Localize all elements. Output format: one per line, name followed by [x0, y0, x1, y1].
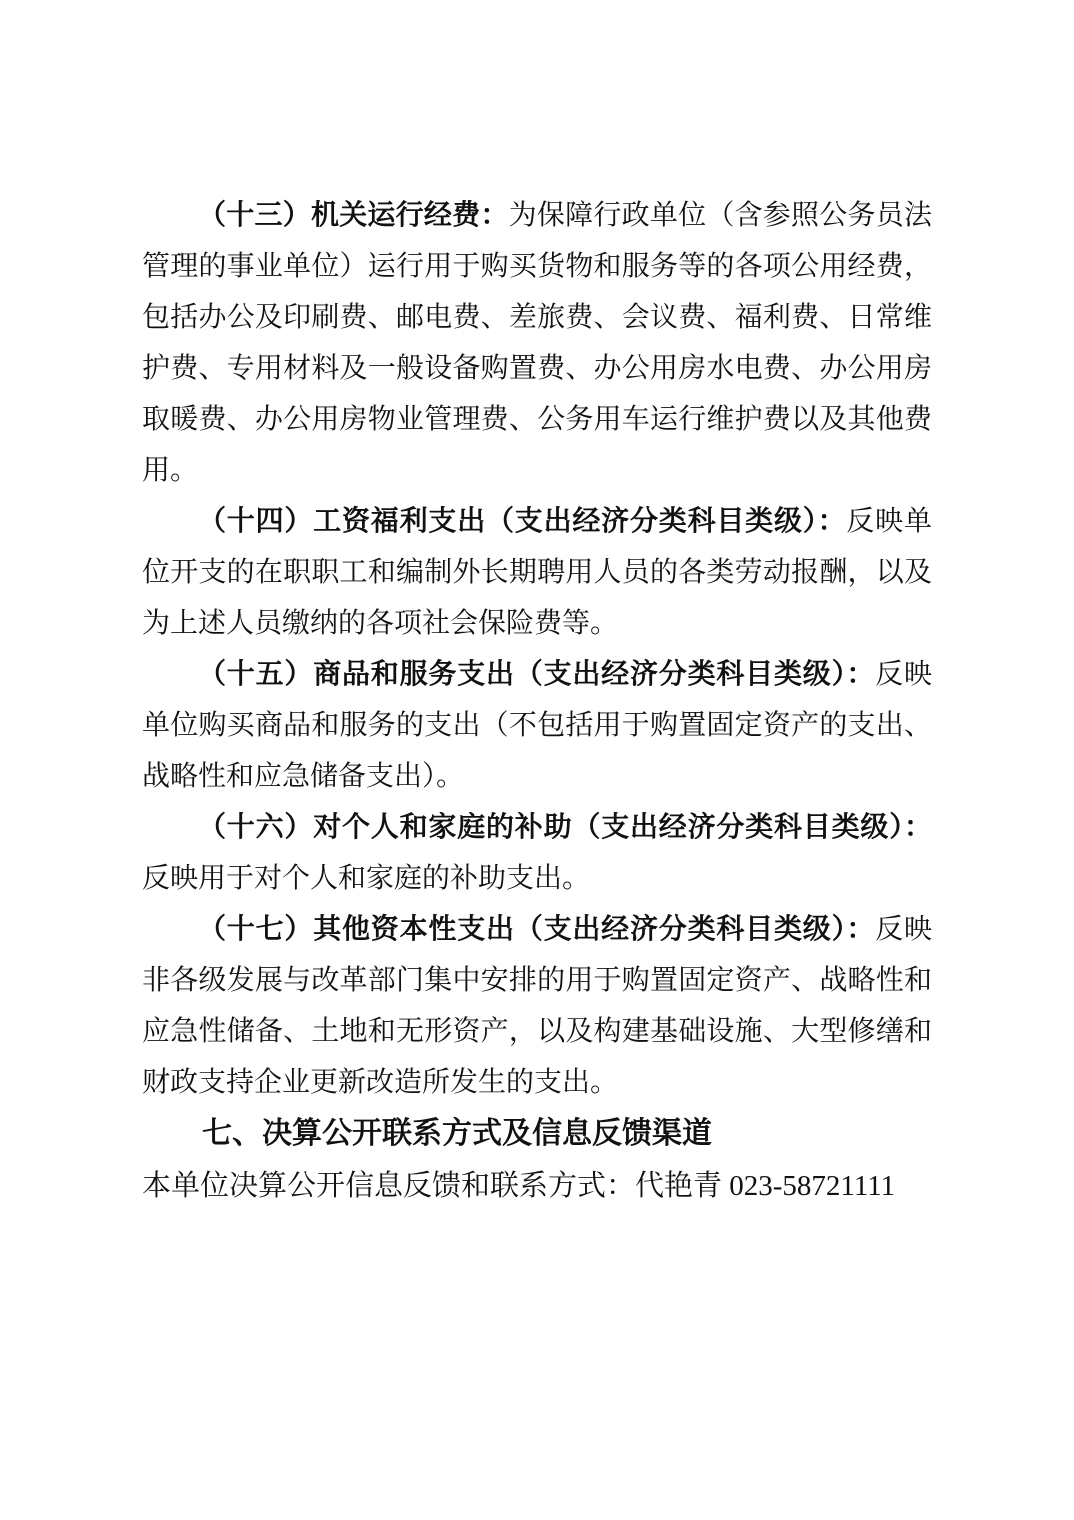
paragraph-item-15: （十五）商品和服务支出（支出经济分类科目类级）：反映单位购买商品和服务的支出（不…: [142, 649, 932, 802]
paragraph-item-14: （十四）工资福利支出（支出经济分类科目类级）：反映单位开支的在职职工和编制外长期…: [142, 496, 932, 649]
paragraph-lead: （十四）工资福利支出（支出经济分类科目类级）：: [198, 506, 846, 537]
paragraph-body: 为保障行政单位（含参照公务员法管理的事业单位）运行用于购买货物和服务等的各项公用…: [142, 200, 932, 486]
section-heading: 七、决算公开联系方式及信息反馈渠道: [142, 1108, 932, 1160]
document-page: （十三）机关运行经费：为保障行政单位（含参照公务员法管理的事业单位）运行用于购买…: [0, 0, 1074, 1520]
paragraph-item-17: （十七）其他资本性支出（支出经济分类科目类级）：反映非各级发展与改革部门集中安排…: [142, 904, 932, 1108]
paragraph-item-16: （十六）对个人和家庭的补助（支出经济分类科目类级）：反映用于对个人和家庭的补助支…: [142, 802, 932, 904]
paragraph-lead: （十六）对个人和家庭的补助（支出经济分类科目类级）：: [198, 812, 932, 843]
paragraph-item-13: （十三）机关运行经费：为保障行政单位（含参照公务员法管理的事业单位）运行用于购买…: [142, 190, 932, 496]
contact-line: 本单位决算公开信息反馈和联系方式：代艳青 023-58721111: [142, 1160, 932, 1212]
paragraph-lead: （十五）商品和服务支出（支出经济分类科目类级）：: [198, 659, 875, 690]
paragraph-lead: （十三）机关运行经费：: [198, 200, 509, 231]
paragraph-body: 反映用于对个人和家庭的补助支出。: [142, 863, 590, 894]
paragraph-lead: （十七）其他资本性支出（支出经济分类科目类级）：: [198, 914, 875, 945]
